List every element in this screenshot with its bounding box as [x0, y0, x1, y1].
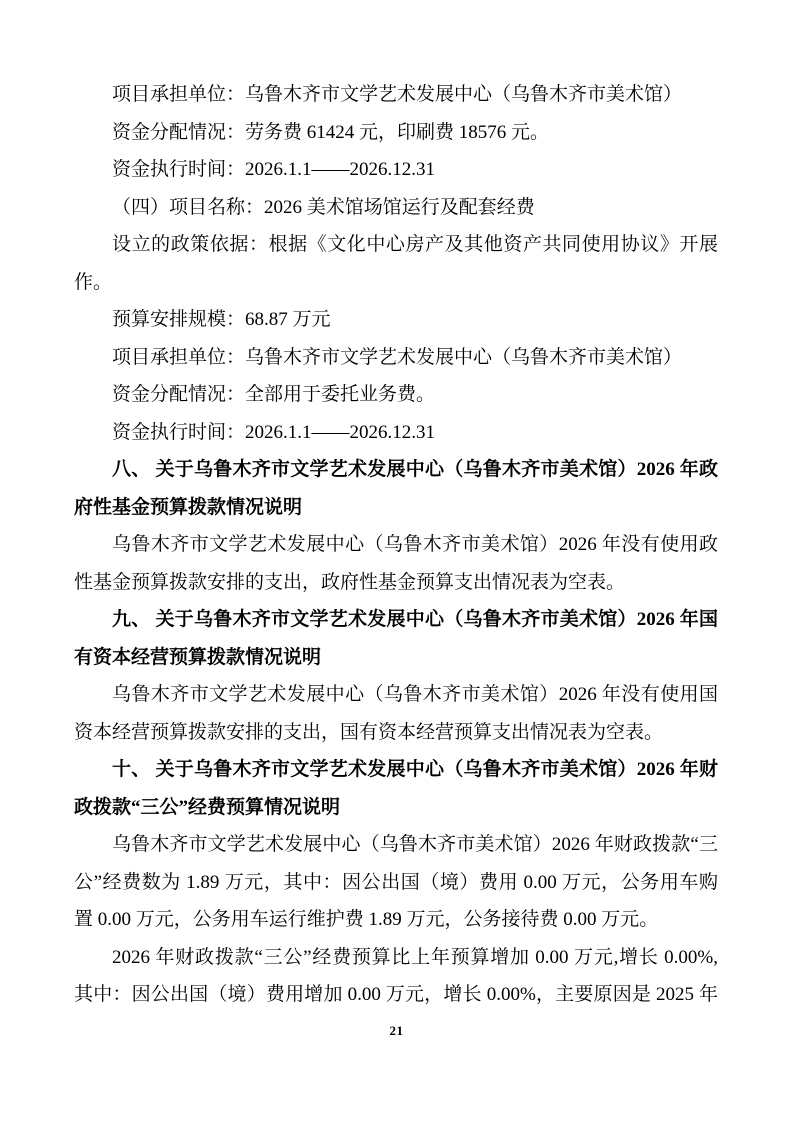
heading-line: 八、 关于乌鲁木齐市文学艺术发展中心（乌鲁木齐市美术馆）2026 年政 [74, 451, 718, 489]
paragraph: 资金分配情况：全部用于委托业务费。 [74, 376, 718, 414]
para-line: 资本经营预算拨款安排的支出，国有资本经营预算支出情况表为空表。 [74, 714, 718, 752]
para-line: 2026 年财政拨款“三公”经费预算比上年预算增加 0.00 万元,增长 0.0… [74, 939, 718, 977]
para-line: 乌鲁木齐市文学艺术发展中心（乌鲁木齐市美术馆）2026 年财政拨款“三 [74, 826, 718, 864]
para-line: 其中：因公出国（境）费用增加 0.00 万元，增长 0.00%，主要原因是 20… [74, 976, 718, 1014]
para-line: 资金执行时间：2026.1.1——2026.12.31 [74, 414, 718, 452]
para-line: 性基金预算拨款安排的支出，政府性基金预算支出情况表为空表。 [74, 564, 718, 602]
section-heading: 十、 关于乌鲁木齐市文学艺术发展中心（乌鲁木齐市美术馆）2026 年财 政拨款“… [74, 751, 718, 826]
heading-line: 府性基金预算拨款情况说明 [74, 489, 718, 527]
para-line: 置 0.00 万元，公务用车运行维护费 1.89 万元，公务接待费 0.00 万… [74, 901, 718, 939]
para-line: 项目承担单位：乌鲁木齐市文学艺术发展中心（乌鲁木齐市美术馆） [74, 339, 718, 377]
paragraph: 资金分配情况：劳务费 61424 元，印刷费 18576 元。 [74, 114, 718, 152]
para-line: 作。 [74, 264, 718, 302]
section-heading: 九、 关于乌鲁木齐市文学艺术发展中心（乌鲁木齐市美术馆）2026 年国 有资本经… [74, 601, 718, 676]
para-line: 资金分配情况：劳务费 61424 元，印刷费 18576 元。 [74, 114, 718, 152]
paragraph: 乌鲁木齐市文学艺术发展中心（乌鲁木齐市美术馆）2026 年没有使用政府 性基金预… [74, 526, 718, 601]
document-content: 项目承担单位：乌鲁木齐市文学艺术发展中心（乌鲁木齐市美术馆） 资金分配情况：劳务… [74, 76, 718, 1014]
paragraph: 2026 年财政拨款“三公”经费预算比上年预算增加 0.00 万元,增长 0.0… [74, 939, 718, 1014]
para-line: 公”经费数为 1.89 万元，其中：因公出国（境）费用 0.00 万元，公务用车… [74, 864, 718, 902]
section-heading: 八、 关于乌鲁木齐市文学艺术发展中心（乌鲁木齐市美术馆）2026 年政 府性基金… [74, 451, 718, 526]
para-line: 预算安排规模：68.87 万元 [74, 301, 718, 339]
paragraph: 预算安排规模：68.87 万元 [74, 301, 718, 339]
heading-line: 九、 关于乌鲁木齐市文学艺术发展中心（乌鲁木齐市美术馆）2026 年国 [74, 601, 718, 639]
document-page: 项目承担单位：乌鲁木齐市文学艺术发展中心（乌鲁木齐市美术馆） 资金分配情况：劳务… [0, 0, 793, 1122]
para-line: 乌鲁木齐市文学艺术发展中心（乌鲁木齐市美术馆）2026 年没有使用国有 [74, 676, 718, 714]
page-number: 21 [390, 1023, 404, 1038]
paragraph: 乌鲁木齐市文学艺术发展中心（乌鲁木齐市美术馆）2026 年财政拨款“三 公”经费… [74, 826, 718, 939]
para-line: （四）项目名称：2026 美术馆场馆运行及配套经费 [74, 189, 718, 227]
para-line: 资金分配情况：全部用于委托业务费。 [74, 376, 718, 414]
para-line: 项目承担单位：乌鲁木齐市文学艺术发展中心（乌鲁木齐市美术馆） [74, 76, 718, 114]
paragraph: 资金执行时间：2026.1.1——2026.12.31 [74, 414, 718, 452]
paragraph: （四）项目名称：2026 美术馆场馆运行及配套经费 [74, 189, 718, 227]
heading-line: 有资本经营预算拨款情况说明 [74, 639, 718, 677]
heading-line: 政拨款“三公”经费预算情况说明 [74, 789, 718, 827]
paragraph: 乌鲁木齐市文学艺术发展中心（乌鲁木齐市美术馆）2026 年没有使用国有 资本经营… [74, 676, 718, 751]
paragraph: 设立的政策依据：根据《文化中心房产及其他资产共同使用协议》开展工 作。 [74, 226, 718, 301]
heading-line: 十、 关于乌鲁木齐市文学艺术发展中心（乌鲁木齐市美术馆）2026 年财 [74, 751, 718, 789]
paragraph: 项目承担单位：乌鲁木齐市文学艺术发展中心（乌鲁木齐市美术馆） [74, 339, 718, 377]
para-line: 设立的政策依据：根据《文化中心房产及其他资产共同使用协议》开展工 [74, 226, 718, 264]
page-footer: 21 [0, 1022, 793, 1040]
para-line: 乌鲁木齐市文学艺术发展中心（乌鲁木齐市美术馆）2026 年没有使用政府 [74, 526, 718, 564]
paragraph: 资金执行时间：2026.1.1——2026.12.31 [74, 151, 718, 189]
paragraph: 项目承担单位：乌鲁木齐市文学艺术发展中心（乌鲁木齐市美术馆） [74, 76, 718, 114]
para-line: 资金执行时间：2026.1.1——2026.12.31 [74, 151, 718, 189]
